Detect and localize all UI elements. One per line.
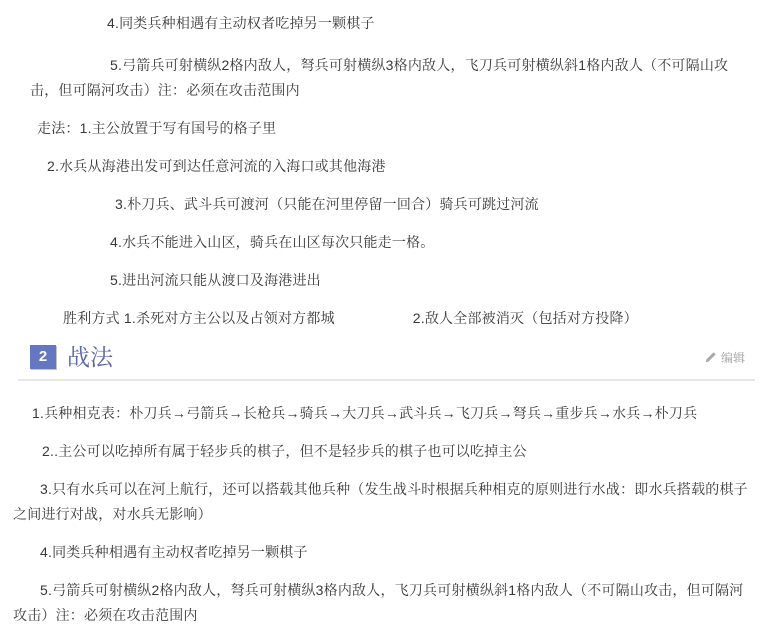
victory-condition-1: 胜利方式 1.杀死对方主公以及占领对方都城: [63, 310, 335, 326]
edit-link[interactable]: 编辑: [704, 349, 745, 366]
victory-condition-2: 2.敌人全部被消灭（包括对方投降）: [413, 310, 638, 326]
section-header: 2 战法 编辑: [18, 344, 755, 381]
victory-conditions-line: 胜利方式 1.杀死对方主公以及占领对方都城2.敌人全部被消灭（包括对方投降）: [30, 306, 740, 331]
paragraph: 2..主公可以吃掉所有属于轻步兵的棋子，但不是轻步兵的棋子也可以吃掉主公: [13, 439, 753, 464]
paragraph: 2.水兵从海港出发可到达任意河流的入海口或其他海港: [30, 154, 740, 179]
section-header-row: 2 战法 编辑: [18, 344, 755, 370]
paragraph: 走法：1.主公放置于写有国号的格子里: [30, 116, 740, 141]
article-content: 4.同类兵种相遇有主动权者吃掉另一颗棋子 5.弓箭兵可射横纵2格内敌人，弩兵可射…: [0, 0, 768, 628]
paragraph: 4.同类兵种相遇有主动权者吃掉另一颗棋子: [13, 540, 753, 565]
paragraph: 3.朴刀兵、武斗兵可渡河（只能在河里停留一回合）骑兵可跳过河流: [30, 192, 740, 217]
paragraph: 5.进出河流只能从渡口及海港进出: [30, 268, 740, 293]
paragraph: 3.只有水兵可以在河上航行，还可以搭载其他兵种（发生战斗时根据兵种相克的原则进行…: [13, 477, 753, 527]
section-number-badge: 2: [30, 345, 56, 369]
paragraph: 5.弓箭兵可射横纵2格内敌人，弩兵可射横纵3格内敌人，飞刀兵可射横纵斜1格内敌人…: [13, 578, 753, 628]
paragraph: 4.水兵不能进入山区，骑兵在山区每次只能走一格。: [30, 230, 740, 255]
paragraph: 5.弓箭兵可射横纵2格内敌人，弩兵可射横纵3格内敌人，飞刀兵可射横纵斜1格内敌人…: [30, 53, 740, 103]
section-title: 战法: [67, 344, 113, 370]
paragraph: 4.同类兵种相遇有主动权者吃掉另一颗棋子: [30, 11, 740, 36]
rules-paragraphs: 1.兵种相克表：朴刀兵→弓箭兵→长枪兵→骑兵→大刀兵→武斗兵→飞刀兵→弩兵→重步…: [0, 381, 768, 628]
intro-paragraphs: 4.同类兵种相遇有主动权者吃掉另一颗棋子 5.弓箭兵可射横纵2格内敌人，弩兵可射…: [0, 0, 768, 331]
pencil-icon: [704, 351, 717, 364]
paragraph: 1.兵种相克表：朴刀兵→弓箭兵→长枪兵→骑兵→大刀兵→武斗兵→飞刀兵→弩兵→重步…: [13, 401, 753, 426]
edit-link-label: 编辑: [721, 349, 745, 366]
